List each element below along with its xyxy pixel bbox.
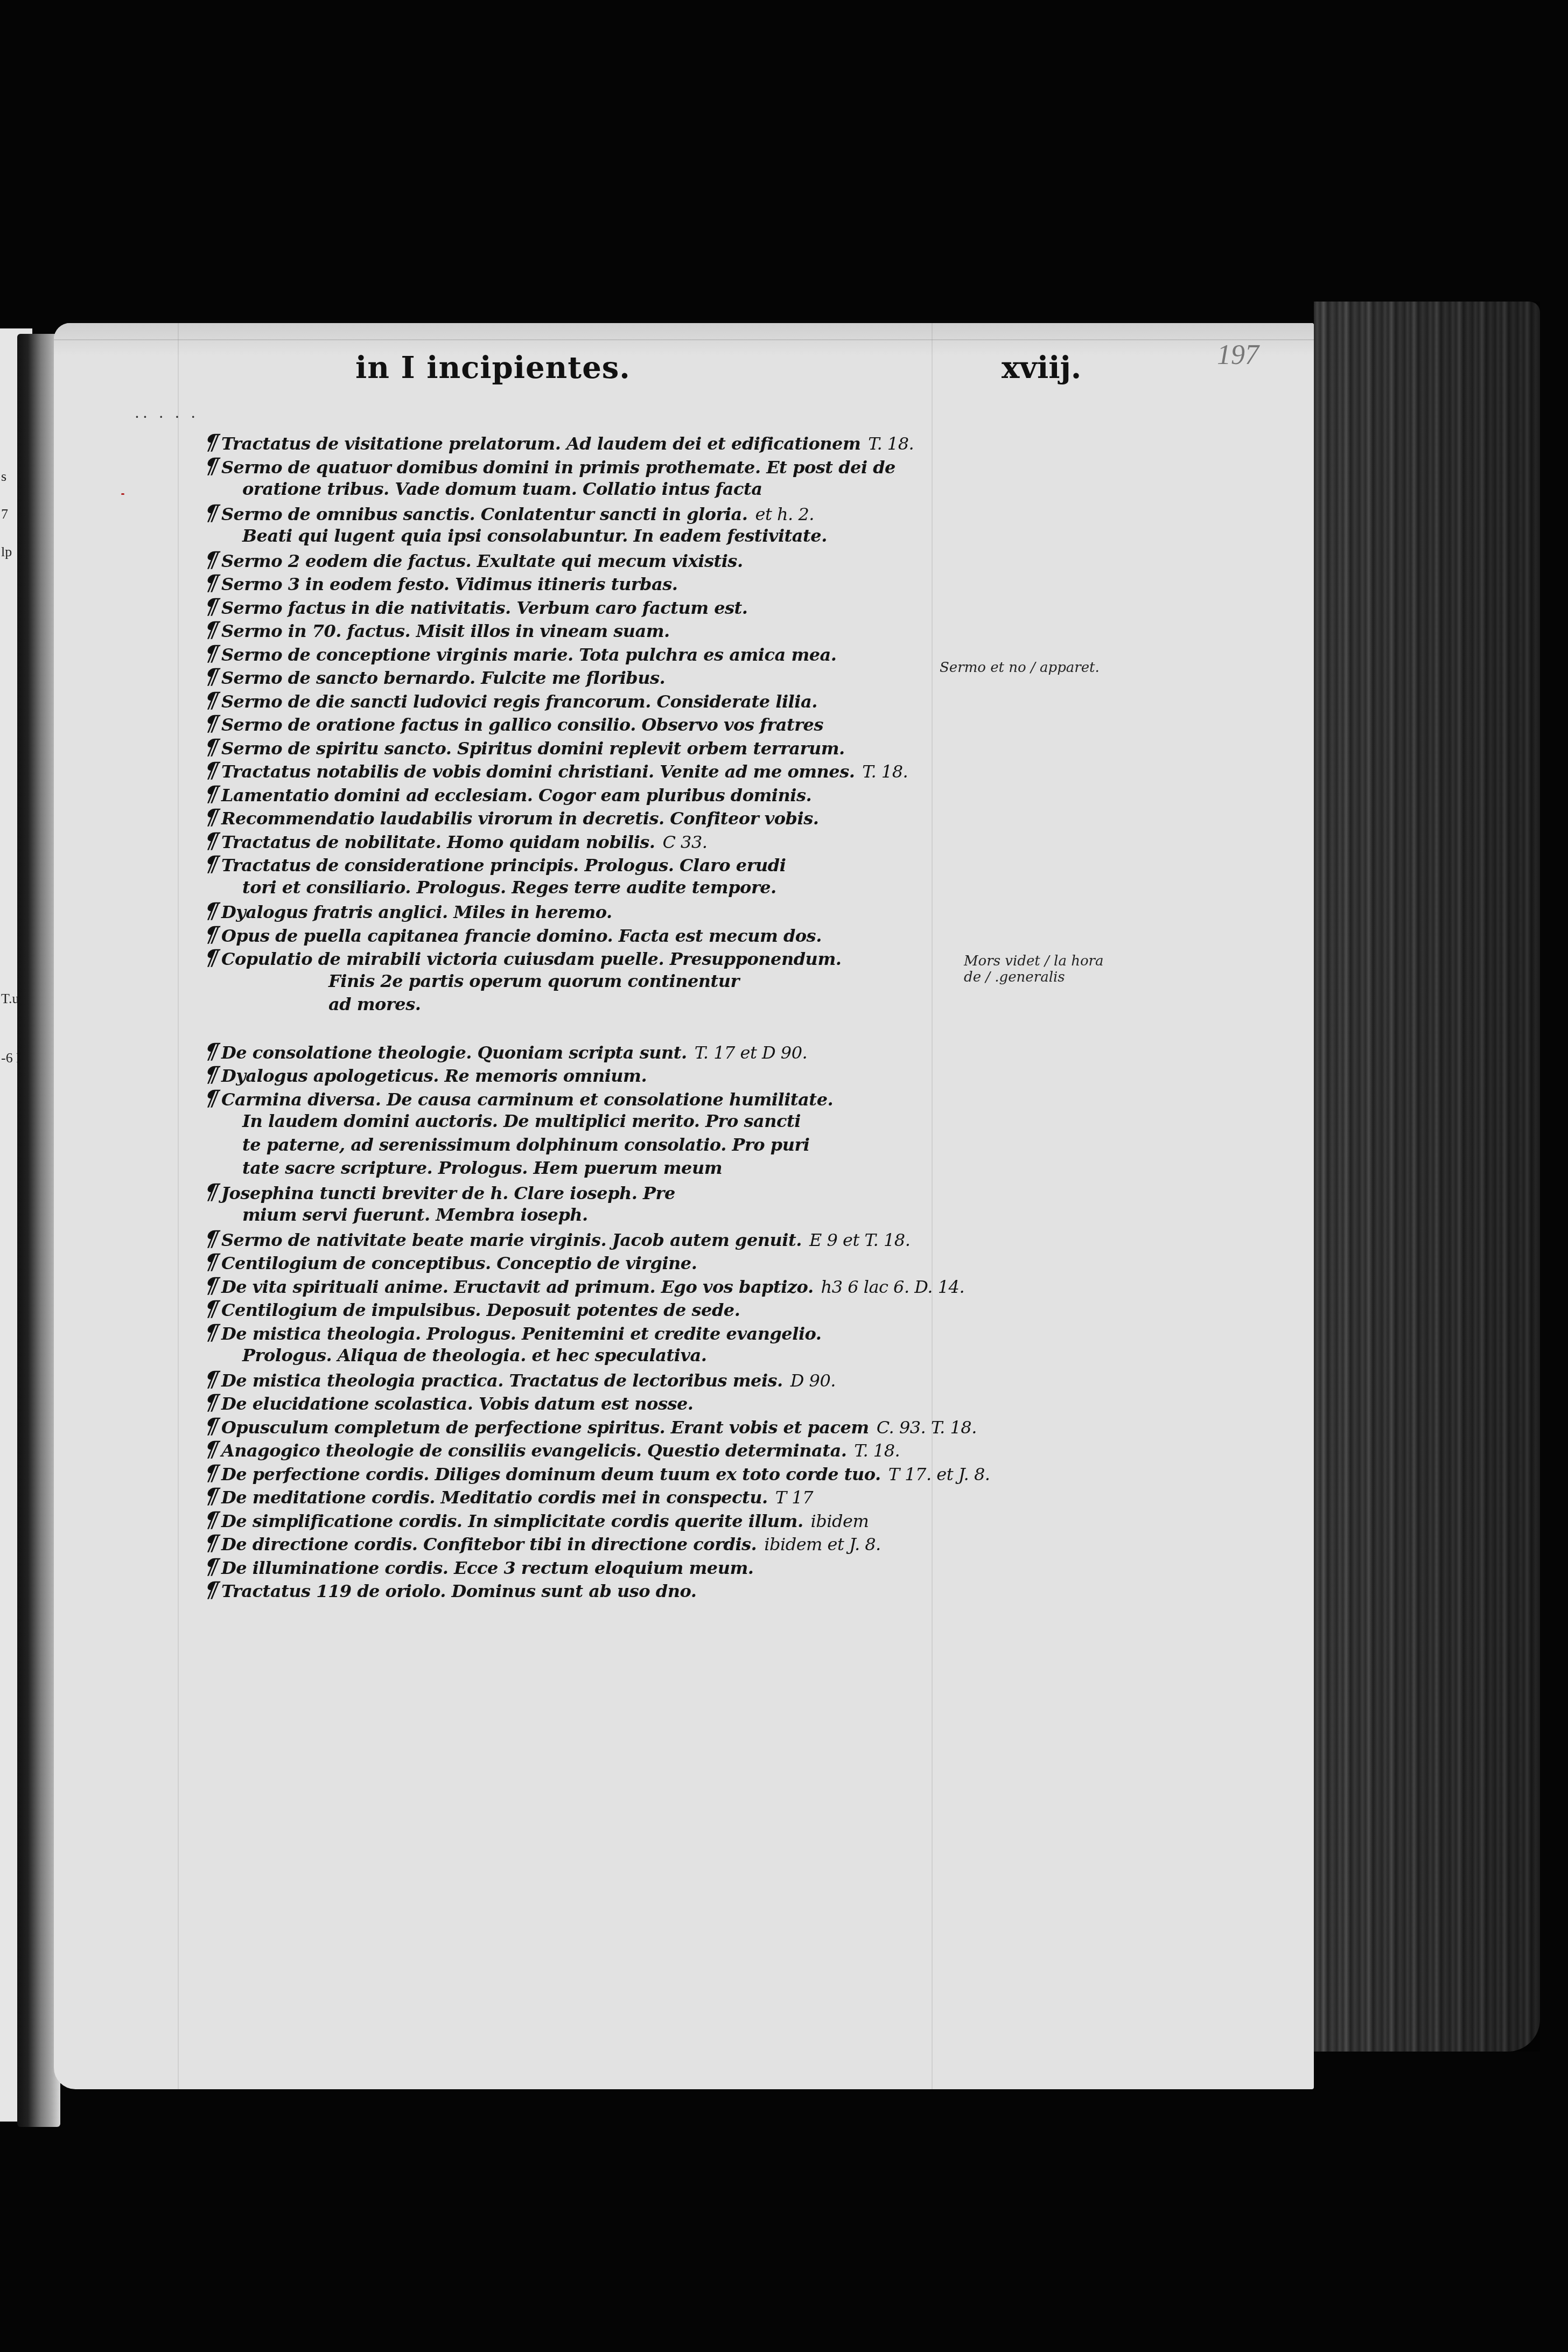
list-item: ¶Dyalogus fratris anglici. Miles in here…	[205, 899, 1201, 923]
entry-text: Sermo de sancto bernardo. Fulcite me flo…	[221, 668, 665, 688]
pilcrow-icon: ¶	[202, 1321, 220, 1344]
entry-text: ad mores.	[328, 994, 421, 1014]
list-item: ¶Sermo de spiritu sancto. Spiritus domin…	[205, 736, 1201, 759]
entry-text: Sermo de die sancti ludovici regis franc…	[221, 691, 817, 712]
entry-text: mium servi fuerunt. Membra ioseph.	[242, 1205, 588, 1225]
facing-page-note: lp	[1, 544, 12, 560]
entry-text: De mistica theologia. Prologus. Penitemi…	[221, 1324, 822, 1344]
pilcrow-icon: ¶	[202, 1180, 220, 1203]
list-item: Beati qui lugent quia ipsi consolabuntur…	[205, 524, 1201, 548]
pilcrow-icon: ¶	[202, 1368, 220, 1391]
entry-text: Opusculum completum de perfectione spiri…	[221, 1417, 869, 1438]
margin-note: Mors videt / la hora de / .generalis	[964, 953, 1104, 985]
entry-text: De illuminatione cordis. Ecce 3 rectum e…	[221, 1558, 753, 1578]
entry-text: Tractatus notabilis de vobis domini chri…	[221, 761, 855, 782]
margin-note: Sermo et no / apparet.	[940, 660, 1100, 676]
entry-text: De vita spirituali anime. Eructavit ad p…	[221, 1277, 814, 1297]
entry-text: De simplificatione cordis. In simplicita…	[221, 1511, 803, 1531]
list-item: mium servi fuerunt. Membra ioseph.	[205, 1203, 1201, 1227]
contents-list: ¶Tractatus de visitatione prelatorum. Ad…	[205, 431, 1201, 1602]
list-item: ¶Sermo de die sancti ludovici regis fran…	[205, 689, 1201, 712]
entry-text: Centilogium de conceptibus. Conceptio de…	[221, 1253, 697, 1273]
list-item: oratione tribus. Vade domum tuam. Collat…	[205, 478, 1201, 501]
entry-text: Dyalogus fratris anglici. Miles in herem…	[221, 902, 612, 922]
entry-reference: h3 6 lac 6. D. 14.	[821, 1277, 965, 1297]
list-item: ¶Tractatus notabilis de vobis domini chr…	[205, 759, 1201, 782]
pilcrow-icon: ¶	[202, 454, 220, 478]
list-item: ¶Tractatus de visitatione prelatorum. Ad…	[205, 431, 1201, 454]
entry-text: Anagogico theologie de consiliis evangel…	[221, 1440, 846, 1461]
entry-text: tori et consiliario. Prologus. Reges ter…	[242, 877, 776, 898]
facing-page-note: T.u	[1, 991, 19, 1007]
pilcrow-icon: ¶	[202, 1227, 220, 1250]
entry-text: Sermo in 70. factus. Misit illos in vine…	[221, 621, 670, 641]
pilcrow-icon: ¶	[202, 665, 220, 688]
entry-text: oratione tribus. Vade domum tuam. Collat…	[242, 479, 762, 499]
pilcrow-icon: ¶	[202, 806, 220, 829]
entry-reference: D 90.	[790, 1370, 836, 1391]
entry-text: Opus de puella capitanea francie domino.…	[221, 926, 822, 946]
list-item: ¶Carmina diversa. De causa carminum et c…	[205, 1087, 1201, 1110]
pilcrow-icon: ¶	[202, 1555, 220, 1578]
entry-reference: T. 18.	[854, 1440, 900, 1461]
entry-text: Carmina diversa. De causa carminum et co…	[221, 1089, 833, 1110]
entry-reference: T 17	[775, 1487, 813, 1508]
entry-reference: C 33.	[662, 832, 707, 852]
entry-text: Tractatus de nobilitate. Homo quidam nob…	[221, 832, 655, 852]
pilcrow-icon: ¶	[202, 736, 220, 759]
pilcrow-icon: ¶	[202, 1415, 220, 1438]
entry-text: Lamentatio domini ad ecclesiam. Cogor ea…	[221, 785, 811, 806]
list-item: te paterne, ad serenissimum dolphinum co…	[205, 1133, 1201, 1157]
pilcrow-icon: ¶	[202, 1461, 220, 1485]
pilcrow-icon: ¶	[202, 852, 220, 876]
pilcrow-icon: ¶	[202, 782, 220, 806]
facing-page-note: s	[1, 468, 6, 485]
entry-text: Sermo 3 in eodem festo. Vidimus itineris…	[221, 574, 677, 594]
pilcrow-icon: ¶	[202, 759, 220, 782]
pilcrow-icon: ¶	[202, 946, 220, 969]
pilcrow-icon: ¶	[202, 1438, 220, 1461]
list-item: ¶Josephina tuncti breviter de h. Clare i…	[205, 1180, 1201, 1204]
entry-text: Sermo de oratione factus in gallico cons…	[221, 715, 823, 735]
list-item: ¶Sermo de quatuor domibus domini in prim…	[205, 454, 1201, 478]
list-item: ¶De mistica theologia. Prologus. Penitem…	[205, 1321, 1201, 1345]
pilcrow-icon: ¶	[202, 642, 220, 665]
entry-text: In laudem domini auctoris. De multiplici…	[242, 1111, 801, 1131]
entry-text: De meditatione cordis. Meditatio cordis …	[221, 1487, 768, 1508]
entry-reference: T 17. et J. 8.	[888, 1464, 990, 1485]
list-item: ¶Tractatus 119 de oriolo. Dominus sunt a…	[205, 1578, 1201, 1602]
entry-text: Centilogium de impulsibus. Deposuit pote…	[221, 1300, 740, 1320]
list-item: In laudem domini auctoris. De multiplici…	[205, 1110, 1201, 1133]
pilcrow-icon: ¶	[202, 923, 220, 946]
entry-text: Copulatio de mirabili victoria cuiusdam …	[221, 949, 841, 969]
list-item: ¶De mistica theologia practica. Tractatu…	[205, 1368, 1201, 1391]
pilcrow-icon: ¶	[202, 1274, 220, 1297]
pencil-folio-number: 197	[1217, 339, 1259, 371]
entry-text: Sermo de nativitate beate marie virginis…	[221, 1230, 802, 1250]
entry-text: Beati qui lugent quia ipsi consolabuntur…	[242, 526, 827, 546]
entry-text: Sermo factus in die nativitatis. Verbum …	[221, 598, 748, 618]
entry-text: De mistica theologia practica. Tractatus…	[221, 1370, 783, 1391]
list-item: ¶Centilogium de conceptibus. Conceptio d…	[205, 1250, 1201, 1274]
list-item: ¶Tractatus de nobilitate. Homo quidam no…	[205, 829, 1201, 853]
pilcrow-icon: ¶	[202, 618, 220, 641]
margin-note-text: Sermo et no / apparet.	[940, 660, 1100, 676]
ruling-line	[178, 323, 179, 2089]
entry-text: De elucidatione scolastica. Vobis datum …	[221, 1394, 694, 1414]
list-item: ¶Sermo factus in die nativitatis. Verbum…	[205, 595, 1201, 619]
list-item: ¶De simplificatione cordis. In simplicit…	[205, 1508, 1201, 1532]
pilcrow-icon: ¶	[202, 1087, 220, 1110]
margin-note-text: Mors videt / la hora de / .generalis	[964, 953, 1104, 985]
pilcrow-icon: ¶	[202, 829, 220, 852]
entry-text: Sermo 2 eodem die factus. Exultate qui m…	[221, 551, 743, 571]
entry-text: Sermo de quatuor domibus domini in primi…	[221, 457, 895, 478]
pilcrow-icon: ¶	[202, 899, 220, 922]
entry-text: Sermo de conceptione virginis marie. Tot…	[221, 645, 837, 665]
pilcrow-icon: ¶	[202, 689, 220, 712]
list-item: ¶De directione cordis. Confitebor tibi i…	[205, 1531, 1201, 1555]
list-item: ¶Sermo de nativitate beate marie virgini…	[205, 1227, 1201, 1251]
facing-page-note: 7	[1, 506, 8, 522]
entry-text: te paterne, ad serenissimum dolphinum co…	[242, 1135, 809, 1155]
book-fore-edge	[1314, 302, 1540, 2052]
entry-text: Finis 2e partis operum quorum continentu…	[328, 971, 739, 991]
pilcrow-icon: ¶	[202, 712, 220, 735]
entry-text: De consolatione theologie. Quoniam scrip…	[221, 1042, 687, 1063]
entry-reference: ibidem et J. 8.	[764, 1534, 881, 1555]
list-item: Prologus. Aliqua de theologia. et hec sp…	[205, 1344, 1201, 1368]
ink-fleck	[121, 493, 124, 495]
list-item: ¶Sermo de oratione factus in gallico con…	[205, 712, 1201, 736]
pilcrow-icon: ¶	[202, 1297, 220, 1320]
entry-text: Tractatus de visitatione prelatorum. Ad …	[221, 433, 860, 454]
pilcrow-icon: ¶	[202, 1578, 220, 1601]
list-item: ¶Recommendatio laudabilis virorum in dec…	[205, 806, 1201, 829]
entry-text: Sermo de omnibus sanctis. Conlatentur sa…	[221, 504, 748, 524]
list-item: ¶Tractatus de consideratione principis. …	[205, 852, 1201, 876]
list-item: ¶Sermo de omnibus sanctis. Conlatentur s…	[205, 501, 1201, 525]
list-item: ¶Anagogico theologie de consiliis evange…	[205, 1438, 1201, 1461]
list-item: ¶Sermo 2 eodem die factus. Exultate qui …	[205, 548, 1201, 572]
list-item: ad mores.	[205, 993, 1201, 1017]
list-item: ¶De vita spirituali anime. Eructavit ad …	[205, 1274, 1201, 1298]
stray-marks: .. . . .	[135, 404, 199, 422]
pilcrow-icon: ¶	[202, 1250, 220, 1273]
list-item: ¶Lamentatio domini ad ecclesiam. Cogor e…	[205, 782, 1201, 806]
list-item: ¶De perfectione cordis. Diliges dominum …	[205, 1461, 1201, 1485]
entry-reference: T. 18.	[868, 433, 914, 454]
list-item: ¶De elucidatione scolastica. Vobis datum…	[205, 1391, 1201, 1415]
running-title: in I incipientes.	[355, 350, 631, 386]
pilcrow-icon: ¶	[202, 595, 220, 618]
pilcrow-icon: ¶	[202, 501, 220, 524]
list-item: ¶Centilogium de impulsibus. Deposuit pot…	[205, 1297, 1201, 1321]
entry-reference: T. 18.	[862, 761, 908, 782]
pilcrow-icon: ¶	[202, 571, 220, 594]
ruling-line	[54, 339, 1314, 340]
list-item: ¶Dyalogus apologeticus. Re memoris omniu…	[205, 1063, 1201, 1087]
entry-text: Recommendatio laudabilis virorum in decr…	[221, 808, 818, 829]
entry-text: tate sacre scripture. Prologus. Hem puer…	[242, 1158, 722, 1178]
entry-reference: C. 93. T. 18.	[877, 1417, 977, 1438]
pilcrow-icon: ¶	[202, 1531, 220, 1555]
list-item: ¶Opusculum completum de perfectione spir…	[205, 1415, 1201, 1438]
entry-reference: ibidem	[811, 1511, 869, 1531]
list-item: ¶De consolatione theologie. Quoniam scri…	[205, 1040, 1201, 1063]
pilcrow-icon: ¶	[202, 548, 220, 571]
folio-number: xviij.	[1002, 350, 1081, 386]
entry-text: De directione cordis. Confitebor tibi in…	[221, 1534, 757, 1555]
entry-reference: et h. 2.	[755, 504, 814, 524]
list-item: tori et consiliario. Prologus. Reges ter…	[205, 876, 1201, 900]
entry-text: Josephina tuncti breviter de h. Clare io…	[221, 1183, 675, 1203]
entry-text: Tractatus 119 de oriolo. Dominus sunt ab…	[221, 1581, 696, 1601]
pilcrow-icon: ¶	[202, 1485, 220, 1508]
list-item: tate sacre scripture. Prologus. Hem puer…	[205, 1157, 1201, 1180]
pilcrow-icon: ¶	[202, 1040, 220, 1063]
entry-reference: T. 17 et D 90.	[695, 1042, 808, 1063]
entry-reference: E 9 et T. 18.	[809, 1230, 910, 1250]
entry-text: Prologus. Aliqua de theologia. et hec sp…	[242, 1345, 706, 1366]
pilcrow-icon: ¶	[202, 1063, 220, 1086]
list-item: ¶Sermo in 70. factus. Misit illos in vin…	[205, 618, 1201, 642]
list-item: ¶Sermo 3 in eodem festo. Vidimus itineri…	[205, 571, 1201, 595]
entry-text: De perfectione cordis. Diliges dominum d…	[221, 1464, 881, 1485]
pilcrow-icon: ¶	[202, 1508, 220, 1531]
list-item: ¶De meditatione cordis. Meditatio cordis…	[205, 1485, 1201, 1508]
entry-text: Sermo de spiritu sancto. Spiritus domini…	[221, 738, 845, 759]
list-item: ¶De illuminatione cordis. Ecce 3 rectum …	[205, 1555, 1201, 1579]
entry-text: Dyalogus apologeticus. Re memoris omnium…	[221, 1066, 647, 1086]
pilcrow-icon: ¶	[202, 1391, 220, 1414]
pilcrow-icon: ¶	[202, 431, 220, 454]
entry-text: Tractatus de consideratione principis. P…	[221, 855, 786, 876]
list-item: ¶Opus de puella capitanea francie domino…	[205, 923, 1201, 947]
